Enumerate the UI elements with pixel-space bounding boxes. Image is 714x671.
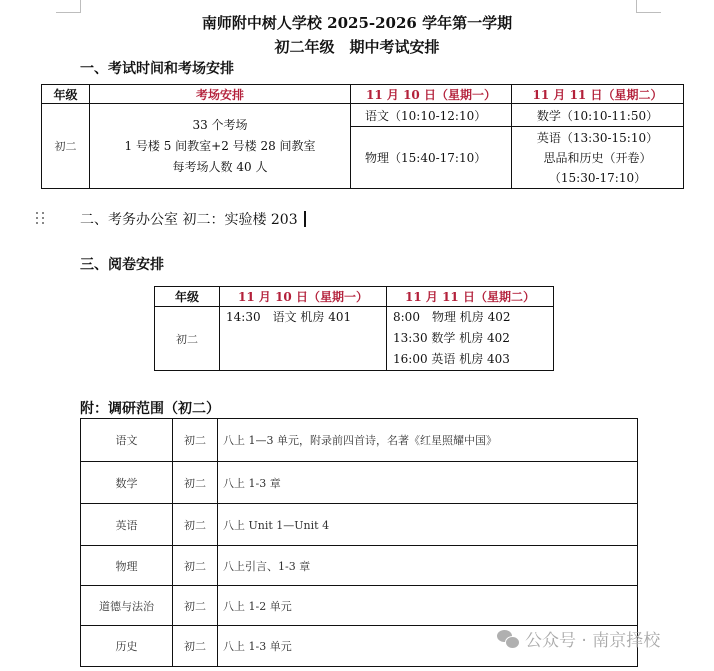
scope-subject: 物理 — [81, 546, 173, 586]
header-day2: 11 月 11 日（星期二） — [512, 85, 684, 104]
scope-subject: 语文 — [81, 419, 173, 462]
grading-header-day1: 11 月 10 日（星期一） — [220, 287, 387, 307]
grading-grade-cell: 初二 — [155, 307, 220, 371]
day2-afternoon: 英语（13:30-15:10） 思品和历史（开卷） （15:30-17:10） — [512, 127, 684, 189]
drag-handle-icon[interactable] — [36, 212, 46, 226]
document-subtitle: 初二年级 期中考试安排 — [0, 36, 714, 57]
scope-detail: 八上 1-3 章 — [218, 462, 638, 504]
watermark-text: 公众号 · 南京择校 — [525, 626, 660, 651]
day1-physics: 物理（15:40-17:10） — [351, 127, 512, 189]
grading-day1-cell: 14:30 语文 机房 401 — [220, 307, 387, 371]
scope-detail: 八上 1-2 单元 — [218, 586, 638, 626]
watermark: 公众号 · 南京择校 — [497, 626, 660, 651]
day2-politics-history: 思品和历史（开卷） — [512, 148, 683, 168]
scope-subject: 道德与法治 — [81, 586, 173, 626]
scope-grade: 初二 — [173, 626, 218, 667]
scope-detail: 八上引言、1-3 章 — [218, 546, 638, 586]
scope-grade: 初二 — [173, 586, 218, 626]
scope-grade: 初二 — [173, 546, 218, 586]
grading-header-day2: 11 月 11 日（星期二） — [387, 287, 554, 307]
header-rooms: 考场安排 — [90, 85, 351, 104]
scope-subject: 历史 — [81, 626, 173, 667]
grading-day2-cell: 8:00 物理 机房 402 13:30 数学 机房 402 16:00 英语 … — [387, 307, 554, 371]
scope-row: 英语 初二 八上 Unit 1—Unit 4 — [81, 504, 638, 546]
grading-header-grade: 年级 — [155, 287, 220, 307]
wechat-icon — [497, 630, 519, 648]
section2-heading: 二、考务办公室 初二：实验楼 203 — [80, 212, 298, 228]
header-day1: 11 月 10 日（星期一） — [351, 85, 512, 104]
grading-day2-item: 16:00 英语 机房 403 — [393, 349, 553, 370]
scope-subject: 英语 — [81, 504, 173, 546]
section3-heading: 三、阅卷安排 — [80, 254, 164, 274]
scope-row: 道德与法治 初二 八上 1-2 单元 — [81, 586, 638, 626]
scope-row: 语文 初二 八上 1—3 单元，附录前四首诗，名著《红星照耀中国》 — [81, 419, 638, 462]
scope-grade: 初二 — [173, 462, 218, 504]
day1-chinese: 语文（10:10-12:10） — [351, 104, 512, 127]
section1-heading: 一、考试时间和考场安排 — [80, 58, 234, 78]
grading-schedule-table: 年级 11 月 10 日（星期一） 11 月 11 日（星期二） 初二 14:3… — [154, 286, 554, 371]
rooms-capacity: 每考场人数 40 人 — [90, 157, 350, 178]
rooms-cell: 33 个考场 1 号楼 5 间教室+2 号楼 28 间教室 每考场人数 40 人 — [90, 104, 351, 189]
scope-detail: 八上 Unit 1—Unit 4 — [218, 504, 638, 546]
scope-grade: 初二 — [173, 504, 218, 546]
day2-english: 英语（13:30-15:10） — [512, 128, 683, 148]
rooms-buildings: 1 号楼 5 间教室+2 号楼 28 间教室 — [90, 136, 350, 157]
grading-day2-item: 13:30 数学 机房 402 — [393, 328, 553, 349]
rooms-count: 33 个考场 — [90, 115, 350, 136]
appendix-heading: 附：调研范围（初二） — [80, 398, 220, 418]
scope-subject: 数学 — [81, 462, 173, 504]
exam-schedule-table: 年级 考场安排 11 月 10 日（星期一） 11 月 11 日（星期二） 初二… — [41, 84, 684, 189]
header-grade: 年级 — [42, 85, 90, 104]
section2-exam-office[interactable]: 二、考务办公室 初二：实验楼 203 — [80, 209, 306, 229]
scope-detail: 八上 1—3 单元，附录前四首诗，名著《红星照耀中国》 — [218, 419, 638, 462]
scope-row: 物理 初二 八上引言、1-3 章 — [81, 546, 638, 586]
scope-grade: 初二 — [173, 419, 218, 462]
document-title: 南师附中树人学校 2025-2026 学年第一学期 — [0, 12, 714, 33]
grading-day1-item: 14:30 语文 机房 401 — [226, 307, 386, 328]
day2-math: 数学（10:10-11:50） — [512, 104, 684, 127]
grading-day2-item: 8:00 物理 机房 402 — [393, 307, 553, 328]
text-cursor — [304, 211, 306, 227]
day2-politics-history-time: （15:30-17:10） — [512, 168, 683, 188]
scope-row: 数学 初二 八上 1-3 章 — [81, 462, 638, 504]
grade-cell: 初二 — [42, 104, 90, 189]
